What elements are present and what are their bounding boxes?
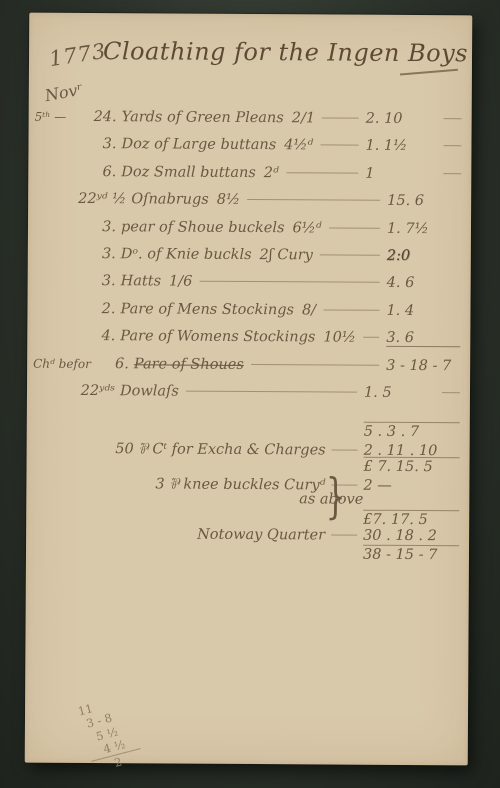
row-quantity: 22ʸᵈˢ	[77, 383, 120, 399]
row-unit-price: 2ʃ Cury	[260, 247, 313, 263]
row-rule-line	[320, 254, 380, 255]
grand-total-line: 38 - 15 - 7	[119, 543, 459, 563]
grouping-brace: }	[326, 472, 346, 520]
ledger-row: 3. Dᵒ. of Knie buckls 2ʃ Cury 2:0	[34, 246, 461, 276]
ledger-entries: 5ᵗʰ — 24. Yards of Green Pleans 2/1 2. 1…	[33, 109, 462, 413]
quarter-amount: 30 . 18 . 2	[363, 527, 459, 544]
row-amount: 3. 6	[386, 330, 460, 347]
row-unit-price: 6½ᵈ	[292, 220, 321, 236]
row-unit-price: 10½	[323, 330, 356, 346]
row-amount: 2:0	[387, 248, 461, 264]
row-amount: 15. 6	[387, 193, 461, 209]
row-rule-line	[320, 145, 358, 146]
subtotal-line: 5 . 3 . 7	[120, 420, 460, 440]
pencil-calculation: 11 3 - 8 5 ½ 4 ½ 2	[77, 692, 145, 775]
quarter-line: Notoway Quarter 30 . 18 . 2	[119, 526, 459, 546]
row-description: Doz Small buttans	[121, 164, 256, 181]
ledger-row: 22ʸᵈ ½ Oſnabrugs 8½ 15. 6	[34, 191, 461, 221]
row-tail-line	[443, 146, 461, 147]
grand-total-amount: 38 - 15 - 7	[363, 545, 459, 564]
row-rule-line	[247, 199, 380, 201]
exchange-line: 50 ⅌ Cᵗ for Excha & Charges 2 . 11 . 10	[120, 438, 460, 458]
rule-line	[332, 449, 358, 450]
ledger-title: Cloathing for the Ingen Boys	[103, 37, 468, 67]
row-rule-line	[363, 337, 379, 338]
row-amount: 1. 4	[386, 303, 460, 319]
ledger-row: 2. Pare of Mens Stockings 8/ 1. 4	[33, 300, 460, 330]
ledger-year: 1773	[48, 39, 108, 71]
row-quantity: 3.	[78, 246, 121, 262]
row-rule-line	[199, 281, 379, 283]
row-quantity: 6.	[91, 356, 134, 372]
row-rule-line	[329, 227, 380, 228]
row-quantity: 4.	[77, 328, 120, 344]
row-description: Dᵒ. of Knie buckls	[121, 246, 252, 263]
row-description: Pare of Mens Stockings	[120, 301, 294, 318]
buckles-amount: 2 —	[363, 477, 459, 494]
row-subtotal-amount: 3 - 18 - 7	[386, 357, 460, 373]
row-description: Dowlaſs	[120, 383, 179, 399]
pound-total2-amount: £7. 17. 5	[363, 510, 459, 529]
row-tail-line	[443, 173, 461, 174]
row-date: 5ᵗʰ —	[35, 110, 79, 124]
row-description: Doz of Large buttans	[121, 137, 276, 154]
row-unit-price: 8/	[302, 302, 316, 318]
ledger-month: Novʳ	[43, 79, 84, 105]
rule-line	[331, 534, 357, 535]
row-description: Oſnabrugs	[131, 191, 209, 207]
row-unit-price: 2ᵈ	[264, 165, 279, 181]
row-description: Pare of Shoues	[134, 356, 244, 373]
row-amount: 2. 10	[366, 111, 440, 127]
row-quantity: 2.	[77, 301, 120, 317]
row-unit-price: 4½ᵈ	[284, 138, 313, 154]
totals-section: 5 . 3 . 7 50 ⅌ Cᵗ for Excha & Charges 2 …	[119, 420, 460, 563]
row-description: Hatts	[121, 274, 161, 290]
buckles-line: 3 ⅌ knee buckles Curyᵈ 2 —	[119, 473, 459, 493]
row-description: Yards of Green Pleans	[122, 109, 284, 126]
title-flourish-line	[400, 69, 458, 76]
row-quantity: 24.	[79, 109, 122, 125]
exchange-label: 50 ⅌ Cᵗ for Excha & Charges	[115, 438, 326, 459]
row-amount: 4. 6	[387, 275, 461, 291]
row-unit-price: 8½	[217, 192, 240, 208]
row-rule-line	[251, 364, 379, 366]
row-margin-note: Chᵈ befor	[33, 356, 91, 370]
row-amount: 1. 1½	[365, 138, 439, 154]
subtotal-amount: 5 . 3 . 7	[364, 422, 460, 441]
ledger-row: 3. pear of Shoue buckels 6½ᵈ 1. 7½	[34, 218, 461, 248]
ledger-row: 5ᵗʰ — 24. Yards of Green Pleans 2/1 2. 1…	[35, 109, 462, 139]
pound-total-amount: £ 7. 15. 5	[363, 457, 459, 476]
ledger-row-struck: Chᵈ befor 6. Pare of Shoues 3 - 18 - 7	[33, 355, 460, 385]
row-amount: 1. 5	[364, 385, 438, 401]
row-rule-line	[286, 172, 358, 173]
row-unit-price: 1/6	[169, 274, 192, 290]
document-photo: 1773 Cloathing for the Ingen Boys Novʳ 5…	[0, 0, 500, 788]
row-quantity: 6.	[78, 164, 121, 180]
spacer	[363, 504, 459, 505]
quarter-label: Notoway Quarter	[197, 526, 325, 543]
row-quantity: 22ʸᵈ ½	[78, 191, 131, 207]
row-rule-line	[186, 391, 357, 393]
row-tail-line	[444, 118, 462, 119]
ledger-row: 3. Hatts 1/6 4. 6	[34, 273, 461, 303]
row-amount: 1. 7½	[387, 220, 461, 236]
row-tail-line	[442, 392, 460, 393]
row-rule-line	[322, 117, 359, 118]
manuscript-paper: 1773 Cloathing for the Ingen Boys Novʳ 5…	[25, 13, 473, 766]
row-amount: 1	[365, 165, 439, 181]
row-quantity: 3.	[78, 273, 121, 289]
ledger-row: 6. Doz Small buttans 2ᵈ 1	[34, 163, 461, 193]
row-quantity: 3.	[78, 136, 121, 152]
row-description: Pare of Womens Stockings	[120, 328, 315, 345]
ledger-row: 4. Pare of Womens Stockings 10½ 3. 6	[33, 328, 460, 358]
ledger-row: 3. Doz of Large buttans 4½ᵈ 1. 1½	[34, 136, 461, 166]
ledger-row: 22ʸᵈˢ Dowlaſs 1. 5	[33, 383, 460, 413]
row-rule-line	[323, 309, 379, 310]
row-unit-price: 2/1	[292, 110, 315, 126]
row-quantity: 3.	[78, 219, 121, 235]
pound-total2-line: £7. 17. 5	[119, 508, 459, 528]
row-description: pear of Shoue buckels	[121, 219, 285, 236]
